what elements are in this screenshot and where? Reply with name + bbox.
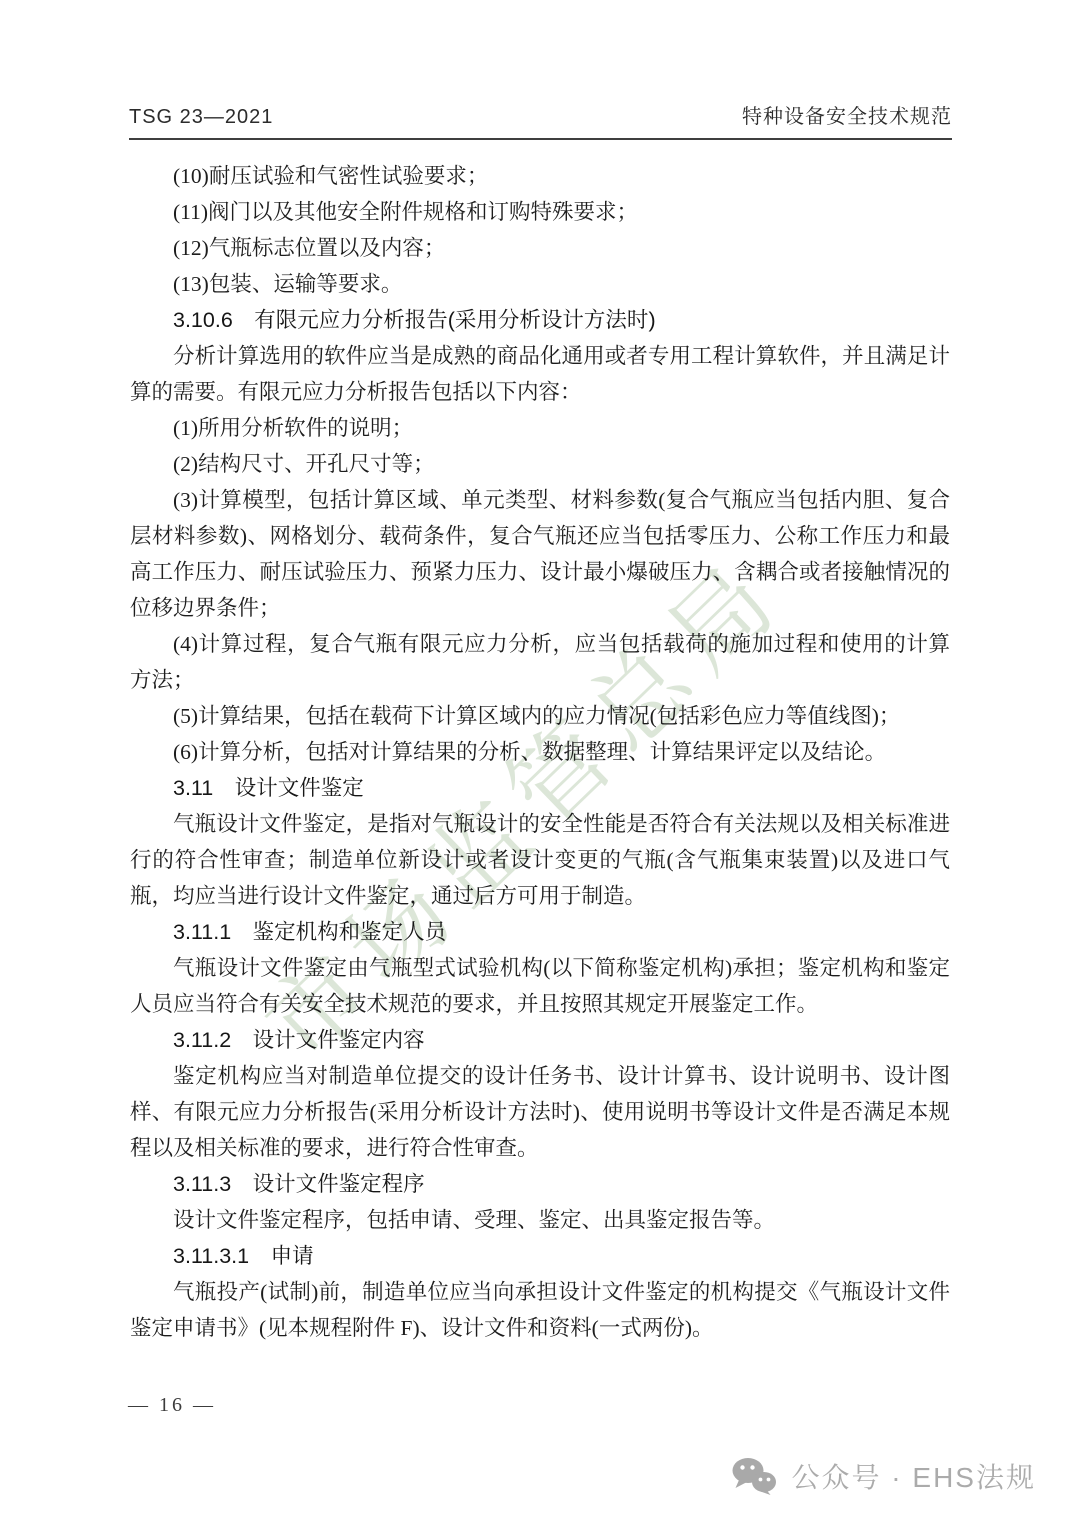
wechat-account-badge: 公众号 · EHS法规 [731, 1456, 1036, 1496]
section-heading: 3.11.3.1 申请 [130, 1238, 950, 1274]
paragraph: 鉴定机构应当对制造单位提交的设计任务书、设计计算书、设计说明书、设计图样、有限元… [130, 1058, 950, 1166]
paragraph: 气瓶设计文件鉴定由气瓶型式试验机构(以下简称鉴定机构)承担；鉴定机构和鉴定人员应… [130, 950, 950, 1022]
paragraph: 分析计算选用的软件应当是成熟的商品化通用或者专用工程计算软件，并且满足计算的需要… [130, 338, 950, 410]
section-heading: 3.11.3 设计文件鉴定程序 [130, 1166, 950, 1202]
page-number: — 16 — [128, 1394, 216, 1417]
wechat-icon [731, 1457, 777, 1495]
section-heading: 3.11.2 设计文件鉴定内容 [130, 1022, 950, 1058]
document-body: (10)耐压试验和气密性试验要求；(11)阀门以及其他安全附件规格和订购特殊要求… [130, 158, 950, 1346]
paragraph: (1)所用分析软件的说明； [130, 410, 950, 446]
document-page: 市场监管总局 TSG 23—2021 特种设备安全技术规范 (10)耐压试验和气… [0, 0, 1080, 1527]
doc-code: TSG 23—2021 [129, 106, 273, 129]
section-heading: 3.11.1 鉴定机构和鉴定人员 [130, 914, 950, 950]
section-heading: 3.10.6 有限元应力分析报告(采用分析设计方法时) [130, 302, 950, 338]
page-header: TSG 23—2021 特种设备安全技术规范 [129, 100, 952, 140]
paragraph: (13)包装、运输等要求。 [130, 266, 950, 302]
paragraph: (10)耐压试验和气密性试验要求； [130, 158, 950, 194]
paragraph: (6)计算分析，包括对计算结果的分析、数据整理、计算结果评定以及结论。 [130, 734, 950, 770]
paragraph: 设计文件鉴定程序，包括申请、受理、鉴定、出具鉴定报告等。 [130, 1202, 950, 1238]
wechat-account-label: 公众号 · EHS法规 [792, 1456, 1036, 1496]
doc-title: 特种设备安全技术规范 [742, 100, 952, 129]
paragraph: (11)阀门以及其他安全附件规格和订购特殊要求； [130, 194, 950, 230]
paragraph: (12)气瓶标志位置以及内容； [130, 230, 950, 266]
section-heading: 3.11 设计文件鉴定 [130, 770, 950, 806]
paragraph: 气瓶设计文件鉴定，是指对气瓶设计的安全性能是否符合有关法规以及相关标准进行的符合… [130, 806, 950, 914]
paragraph: (3)计算模型，包括计算区域、单元类型、材料参数(复合气瓶应当包括内胆、复合层材… [130, 482, 950, 626]
paragraph: (5)计算结果，包括在载荷下计算区域内的应力情况(包括彩色应力等值线图)； [130, 698, 950, 734]
paragraph: (4)计算过程，复合气瓶有限元应力分析，应当包括载荷的施加过程和使用的计算方法； [130, 626, 950, 698]
paragraph: 气瓶投产(试制)前，制造单位应当向承担设计文件鉴定的机构提交《气瓶设计文件鉴定申… [130, 1274, 950, 1346]
paragraph: (2)结构尺寸、开孔尺寸等； [130, 446, 950, 482]
